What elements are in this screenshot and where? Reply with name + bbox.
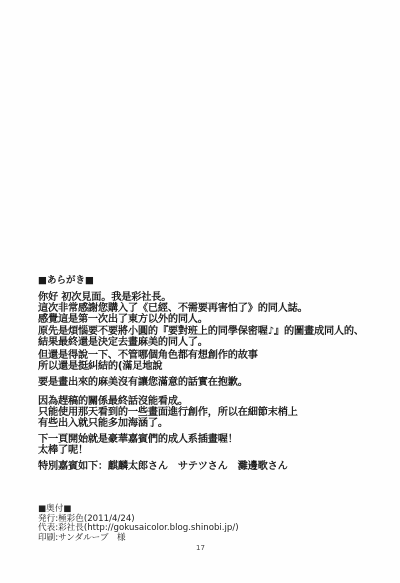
text-line: 你好 初次見面。我是彩社長。 [38, 292, 364, 303]
text-line: 只能使用那天看到的一些畫面進行創作，所以在細節末梢上 [38, 407, 298, 418]
paragraph-1: 你好 初次見面。我是彩社長。 這次非常感謝您購入了《已經、不需要再害怕了》的同人… [38, 292, 364, 348]
text-line: 下一頁開始就是豪華嘉賓們的成人系插畫喔！ [38, 434, 238, 445]
text-line: 因為趕稿的關係最終話沒能看成。 [38, 396, 298, 407]
page-number: 17 [196, 544, 205, 552]
colophon-line: 印刷:サンダルーブ 様 [38, 534, 239, 544]
text-line: 特別嘉賓如下：麒麟太郎さん サテツさん 灘邊歌さん [38, 461, 288, 472]
text-line: 這次非常感謝您購入了《已經、不需要再害怕了》的同人誌。 [38, 303, 364, 314]
text-line: 原先是煩惱要不要將小圓的『要對班上的同學保密喔♪』的圖畫成同人的、 [38, 326, 364, 337]
text-line: 結果最終還是決定去畫麻美的同人了。 [38, 337, 364, 348]
afterword-heading: ■あらがき■ [38, 272, 94, 286]
text-line: 有些出入就只能多加海涵了。 [38, 418, 298, 429]
document-page: ■あらがき■ 你好 初次見面。我是彩社長。 這次非常感謝您購入了《已經、不需要再… [0, 0, 400, 583]
text-line: 所以還是挺糾結的(滿足地說 [38, 361, 258, 372]
text-line: 但還是得說一下、不管哪個角色都有想創作的故事 [38, 350, 258, 361]
text-line: 感覺這是第一次出了東方以外的同人。 [38, 314, 364, 325]
colophon: ■奥付■ 発行:極彩色(2011/4/24) 代表:彩社長(http://gok… [38, 505, 239, 543]
paragraph-5: 下一頁開始就是豪華嘉賓們的成人系插畫喔！ 太棒了呢！ [38, 434, 238, 456]
text-line: 太棒了呢！ [38, 445, 238, 456]
text-line: 要是畫出來的麻美沒有讓您滿意的話實在抱歉。 [38, 377, 248, 388]
paragraph-4: 因為趕稿的關係最終話沒能看成。 只能使用那天看到的一些畫面進行創作，所以在細節末… [38, 396, 298, 430]
paragraph-3: 要是畫出來的麻美沒有讓您滿意的話實在抱歉。 [38, 377, 248, 388]
paragraph-2: 但還是得說一下、不管哪個角色都有想創作的故事 所以還是挺糾結的(滿足地說 [38, 350, 258, 372]
paragraph-guests: 特別嘉賓如下：麒麟太郎さん サテツさん 灘邊歌さん [38, 461, 288, 472]
